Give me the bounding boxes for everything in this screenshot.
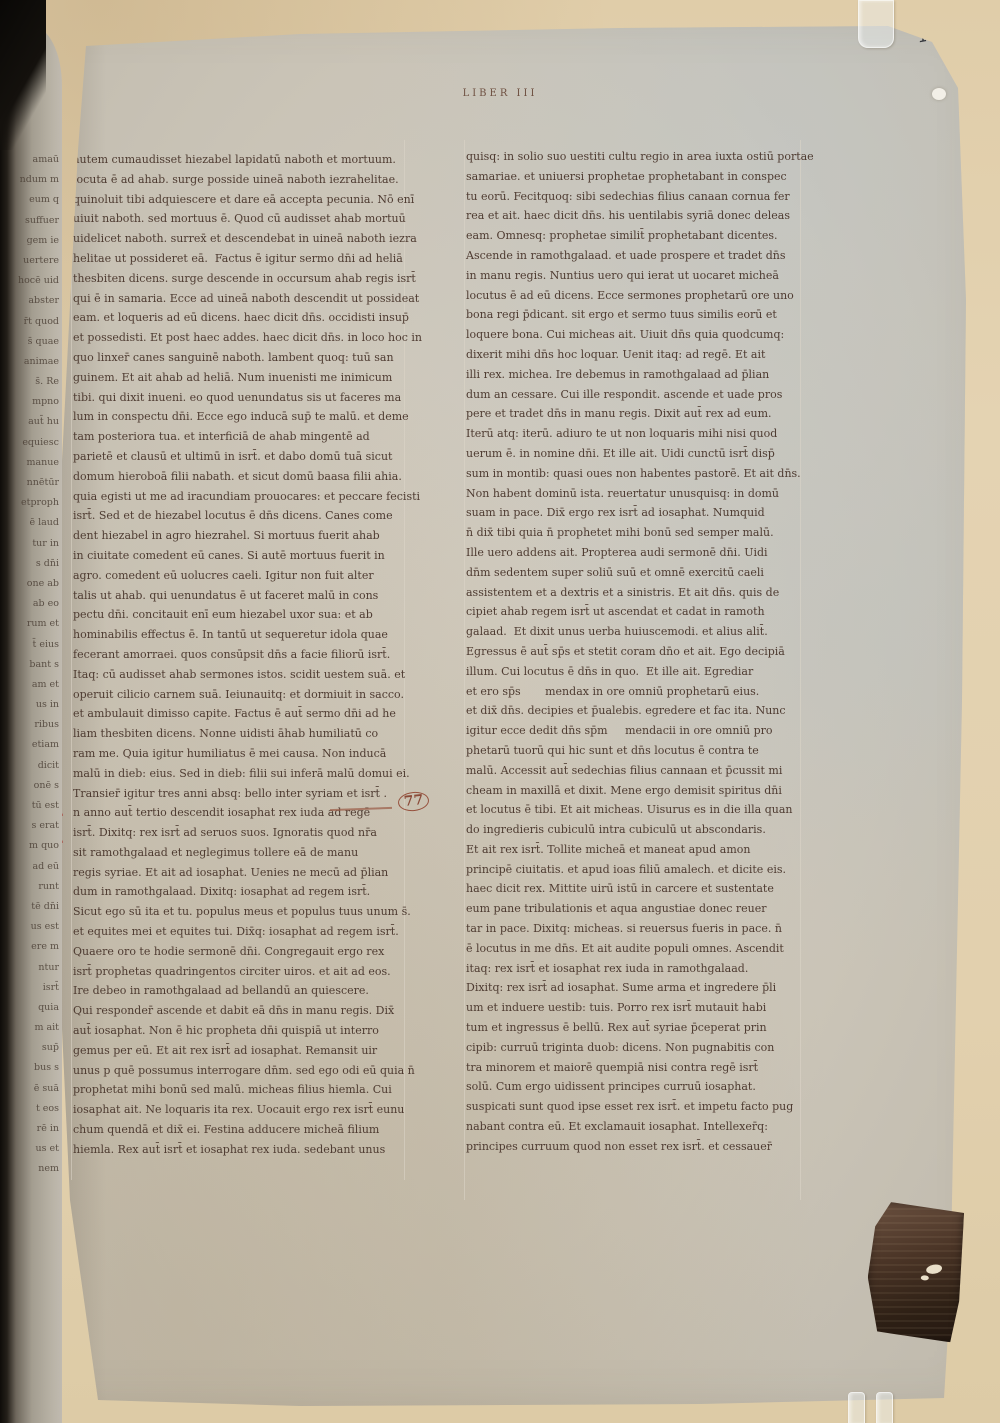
manuscript-line: locutus ē ad eū dicens. Ecce sermones pr… [466,286,806,306]
manuscript-line: igitur ecce dedit dn̄s sp̄m mendacii in … [466,721,806,741]
manuscript-line: uidelicet naboth. surrex̄ et descendebat… [73,229,413,249]
gutter-fragment: manue [9,453,59,473]
manuscript-line: pere et tradet dn̄s in manu regis. Dixit… [466,404,806,424]
manuscript-line: hiemla. Rex aut̄ isrt̄ et iosaphat rex i… [73,1140,413,1160]
gutter-fragment: bus s [9,1058,59,1078]
manuscript-line: Dixitq: rex isrt̄ ad iosaphat. Sume arma… [466,978,806,998]
manuscript-line: tar in pace. Dixitq: micheas. si reuersu… [466,919,806,939]
manuscript-line: suspicati sunt quod ipse esset rex isrt̄… [466,1097,806,1117]
manuscript-line: Ire debeo in ramothgalaad ad bellandū an… [73,981,413,1001]
gutter-fragment: us et [9,1139,59,1159]
gutter-fragment: ribus [9,715,59,735]
manuscript-line: et equites mei et equites tui. Dix̄q: io… [73,922,413,942]
gutter-fragment: tē dn̄i [9,897,59,917]
manuscript-line: loquere bona. Cui micheas ait. Uiuit dn̄… [466,325,806,345]
manuscript-line: uerum ē. in nomine dn̄i. Et ille ait. Ui… [466,444,806,464]
manuscript-line: Iterū atq: iterū. adiuro te ut non loqua… [466,424,806,444]
manuscript-line: et ero sp̄s mendax in ore omniū propheta… [466,682,806,702]
gutter-fragment: ere m [9,937,59,957]
manuscript-line: fecerant amorraei. quos consūpsit dn̄s a… [73,645,413,665]
gutter-fragment: one ab [9,574,59,594]
manuscript-line: quia egisti ut me ad iracundiam prouocar… [73,487,413,507]
manuscript-line: eam. Omnesq: prophetae similit̄ propheta… [466,226,806,246]
manuscript-line: dum an cessare. Cui ille respondit. asce… [466,385,806,405]
manuscript-line: uiuit naboth. sed mortuus ē. Quod cū aud… [73,209,413,229]
manuscript-line: dum in ramothgalaad. Dixitq: iosaphat ad… [73,882,413,902]
manuscript-line: et possedisti. Et post haec addes. haec … [73,328,413,348]
manuscript-line: galaad. Et dixit unus uerba huiuscemodi.… [466,622,806,642]
manuscript-line: rea et ait. haec dicit dn̄s. his uentila… [466,206,806,226]
gutter-fragment: onē s [9,776,59,796]
gutter-shadow [0,0,46,150]
manuscript-line: Et ait rex isrt̄. Tollite micheā et mane… [466,840,806,860]
manuscript-line: operuit cilicio carnem suā. Ieiunauitq: … [73,685,413,705]
ruling-line [71,140,72,1180]
manuscript-line: prophetat mihi bonū sed malū. micheas fi… [73,1080,413,1100]
manuscript-line: cheam in maxillā et dixit. Mene ergo dem… [466,781,806,801]
gutter-fragment: s erat [9,816,59,836]
facing-page-text-fragments: amaūndum meum qsuffuergem ieuerterehocē … [9,150,59,1180]
mounting-clip-bottom [876,1392,893,1423]
manuscript-line: eum pane tribulationis et aqua angustiae… [466,899,806,919]
gutter-fragment: ē suā [9,1079,59,1099]
manuscript-line: solū. Cum ergo uidissent principes curru… [466,1077,806,1097]
gutter-fragment: suffuer [9,211,59,231]
gutter-fragment: t eos [9,1099,59,1119]
running-title: LIBER III [0,88,1000,99]
manuscript-line: isrt̄ prophetas quadringentos circiter u… [73,962,413,982]
gutter-fragment: us in [9,695,59,715]
gutter-fragment: gem ie [9,231,59,251]
gutter-fragment: us est [9,917,59,937]
gutter-fragment: tur in [9,534,59,554]
manuscript-line: dent hiezabel in agro hiezrahel. Si mort… [73,526,413,546]
gutter-fragment: sup̄ [9,1038,59,1058]
manuscript-line: et dix̄ dn̄s. decipies et p̄ualebis. egr… [466,701,806,721]
manuscript-line: tum et ingressus ē bellū. Rex aut̄ syria… [466,1018,806,1038]
manuscript-line: n anno aut̄ tertio descendit iosaphat re… [73,803,413,823]
repair-patch [866,1201,965,1342]
gutter-fragment: t̄ eius [9,635,59,655]
manuscript-line: dn̄m sedentem super soliū suū et omnē ex… [466,563,806,583]
manuscript-line: suam in pace. Dix̄ ergo rex isrt̄ ad ios… [466,503,806,523]
manuscript-line: isrt̄. Sed et de hiezabel locutus ē dn̄s… [73,506,413,526]
manuscript-line: hominabilis effectus ē. In tantū ut sequ… [73,625,413,645]
mounting-clip-top [858,0,894,48]
manuscript-line: eam. et loqueris ad eū dicens. haec dici… [73,308,413,328]
gutter-fragment: etiam [9,735,59,755]
gutter-fragment: ad eū [9,857,59,877]
gutter-fragment: aut̄ hu [9,412,59,432]
ruling-line [464,140,465,1200]
manuscript-line: et locutus ē tibi. Et ait micheas. Uisur… [466,800,806,820]
gutter-fragment: amaū [9,150,59,170]
manuscript-line: lum in conspectu dn̄i. Ecce ego inducā s… [73,407,413,427]
manuscript-line: samariae. et uniuersi prophetae propheta… [466,167,806,187]
manuscript-line: principes curruum quod non esset rex isr… [466,1137,806,1157]
gutter-fragment: m ait [9,1018,59,1038]
manuscript-line: tra minorem et maiorē quempiā nisi contr… [466,1058,806,1078]
manuscript-line: nabant contra eū. Et exclamauit iosaphat… [466,1117,806,1137]
manuscript-line: qui ē in samaria. Ecce ad uineā naboth d… [73,289,413,309]
manuscript-line: unus p quē possumus interrogare dn̄m. se… [73,1061,413,1081]
manuscript-line: domum hieroboā filii nabath. et sicut do… [73,467,413,487]
gutter-fragment: nnētūr [9,473,59,493]
gutter-fragment: mpno [9,392,59,412]
manuscript-line: et ambulauit dimisso capite. Factus ē au… [73,704,413,724]
manuscript-line: isrt̄. Dixitq: rex isrt̄ ad seruos suos.… [73,823,413,843]
manuscript-page: LIBER III 112 autem cumaudisset hiezabel… [0,0,1000,1423]
manuscript-line: tibi. qui dixit inueni. eo quod uenundat… [73,388,413,408]
gutter-fragment: s̄ quae [9,332,59,352]
manuscript-line: ram me. Quia igitur humiliatus ē mei cau… [73,744,413,764]
manuscript-line: Quaere oro te hodie sermonē dn̄i. Congre… [73,942,413,962]
manuscript-line: illum. Cui locutus ē dn̄s in quo. Et ill… [466,662,806,682]
manuscript-line: autem cumaudisset hiezabel lapidatū nabo… [73,150,413,170]
manuscript-line: assistentem et a dextris et a sinistris.… [466,583,806,603]
manuscript-line: do ingredieris cubiculū intra cubiculū u… [466,820,806,840]
gutter-fragment: uertere [9,251,59,271]
gutter-fragment: ē laud [9,513,59,533]
manuscript-line: locuta ē ad ahab. surge posside uineā na… [73,170,413,190]
gutter-fragment: isrt̄ [9,978,59,998]
gutter-fragment: tū est [9,796,59,816]
manuscript-line: principē ciuitatis. et apud ioas filiū a… [466,860,806,880]
facing-page-edge: amaūndum meum qsuffuergem ieuerterehocē … [0,26,62,1423]
manuscript-line: Non habent dominū ista. reuertatur unusq… [466,484,806,504]
manuscript-line: in manu regis. Nuntius uero qui ierat ut… [466,266,806,286]
manuscript-line: Itaq: cū audisset ahab sermones istos. s… [73,665,413,685]
gutter-fragment: rum et [9,614,59,634]
gutter-fragment: r̄t quod [9,312,59,332]
gutter-fragment: quia [9,998,59,1018]
manuscript-line: talis ut ahab. qui uenundatus ē ut facer… [73,586,413,606]
manuscript-line: quisq: in solio suo uestiti cultu regio … [466,147,806,167]
manuscript-line: malū. Accessit aut̄ sedechias filius can… [466,761,806,781]
gutter-fragment: equiesc [9,433,59,453]
manuscript-line: iosaphat ait. Ne loquaris ita rex. Uocau… [73,1100,413,1120]
manuscript-line: illi rex. michea. Ire debemus in ramothg… [466,365,806,385]
manuscript-line: parietē et clausū et ultimū in isrt̄. et… [73,447,413,467]
gutter-fragment: rē in [9,1119,59,1139]
gutter-fragment: m quo [9,836,59,856]
manuscript-line: cipib: curruū triginta duob: dicens. Non… [466,1038,806,1058]
manuscript-line: itaq: rex isrt̄ et iosaphat rex iuda in … [466,959,806,979]
text-column-right: quisq: in solio suo uestiti cultu regio … [466,147,806,1157]
manuscript-line: Transier̄ igitur tres anni absq: bello i… [73,784,413,804]
manuscript-line: um et induere uestib: tuis. Porro rex is… [466,998,806,1018]
manuscript-line: n̄ dix̄ tibi quia n̄ prophetet mihi bonū… [466,523,806,543]
manuscript-line: thesbiten dicens. surge descende in occu… [73,269,413,289]
gutter-fragment: ndum m [9,170,59,190]
manuscript-line: aut̄ iosaphat. Non ē hic propheta dn̄i q… [73,1021,413,1041]
folio-number: 112 [917,24,948,47]
patch-spot [926,1263,943,1275]
manuscript-line: agro. comedent eū uolucres caeli. Igitur… [73,566,413,586]
manuscript-line: regis syriae. Et ait ad iosaphat. Uenies… [73,863,413,883]
manuscript-line: guinem. Et ait ahab ad heliā. Num inueni… [73,368,413,388]
manuscript-line: helitae ut possideret eā. Factus ē igitu… [73,249,413,269]
manuscript-line: cipiet ahab regem isrt̄ ut ascendat et c… [466,602,806,622]
manuscript-line: pectu dn̄i. concitauit enī eum hiezabel … [73,605,413,625]
gutter-fragment: runt [9,877,59,897]
manuscript-line: phetarū tuorū qui hic sunt et dn̄s locut… [466,741,806,761]
gutter-fragment: s dn̄i [9,554,59,574]
gutter-fragment: hocē uid [9,271,59,291]
manuscript-line: ē locutus in me dn̄s. Et ait audite popu… [466,939,806,959]
gutter-fragment: nem [9,1159,59,1179]
mounting-clip-bottom [848,1392,865,1423]
gutter-fragment: etproph [9,493,59,513]
text-column-left: autem cumaudisset hiezabel lapidatū nabo… [73,150,413,1160]
manuscript-line: gemus per eū. Et ait rex isrt̄ ad iosaph… [73,1041,413,1061]
manuscript-line: tu eorū. Fecitquoq: sibi sedechias filiu… [466,187,806,207]
manuscript-line: liam thesbiten dicens. Nonne uidisti āha… [73,724,413,744]
gutter-fragment: s̄. Re [9,372,59,392]
manuscript-line: sit ramothgalaad et neglegimus tollere e… [73,843,413,863]
manuscript-line: bona regi p̄dicant. sit ergo et sermo tu… [466,305,806,325]
gutter-fragment: dicit [9,756,59,776]
manuscript-line: quo linxer̄ canes sanguinē naboth. lambe… [73,348,413,368]
manuscript-line: quinoluit tibi adquiescere et dare eā ac… [73,190,413,210]
manuscript-line: Egressus ē aut̄ sp̄s et stetit coram dn̄… [466,642,806,662]
gutter-fragment: animae [9,352,59,372]
gutter-fragment: abster [9,291,59,311]
gutter-fragment: am et [9,675,59,695]
gutter-fragment: ab eo [9,594,59,614]
manuscript-line: dixerit mihi dn̄s hoc loquar. Uenit itaq… [466,345,806,365]
manuscript-line: Qui responder̄ ascende et dabit eā dn̄s … [73,1001,413,1021]
gutter-fragment: bant s [9,655,59,675]
patch-spot [920,1275,928,1280]
manuscript-line: in ciuitate comedent eū canes. Si autē m… [73,546,413,566]
parchment-hole [932,88,946,100]
manuscript-line: Ascende in ramothgalaad. et uade prosper… [466,246,806,266]
manuscript-line: tam posteriora tua. et interficiā de aha… [73,427,413,447]
manuscript-line: Sicut ego sū ita et tu. populus meus et … [73,902,413,922]
gutter-fragment: ntur [9,958,59,978]
manuscript-line: sum in montib: quasi oues non habentes p… [466,464,806,484]
manuscript-line: haec dicit rex. Mittite uirū istū in car… [466,879,806,899]
manuscript-line: Ille uero addens ait. Propterea audi ser… [466,543,806,563]
manuscript-line: chum quendā et dix̄ ei. Festina adducere… [73,1120,413,1140]
manuscript-line: malū in dieb: eius. Sed in dieb: filii s… [73,764,413,784]
gutter-fragment: eum q [9,190,59,210]
